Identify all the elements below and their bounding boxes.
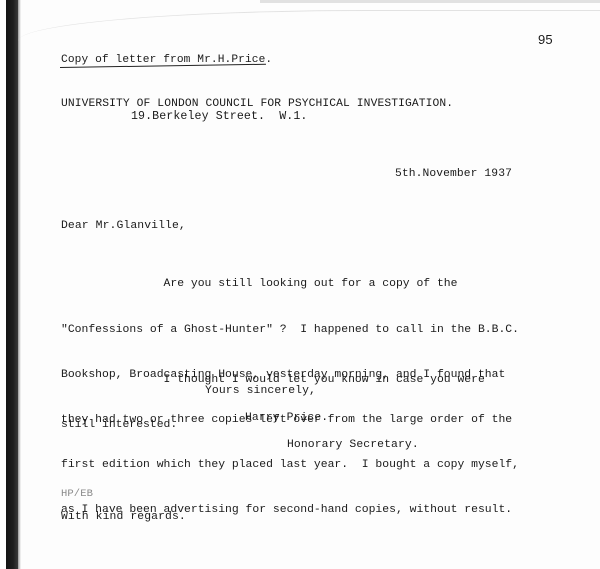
postscript: With kind regards. (61, 510, 186, 524)
letterhead-address: 19.Berkeley Street. W.1. (131, 110, 307, 124)
letter-date: 5th.November 1937 (395, 167, 512, 181)
paragraph-line: "Confessions of a Ghost-Hunter" ? I happ… (61, 323, 519, 338)
letterhead-organization: UNIVERSITY OF LONDON COUNCIL FOR PSYCHIC… (61, 97, 453, 111)
signature: Harry Price. (245, 411, 328, 425)
document-page: 95 Copy of letter from Mr.H.Price. UNIVE… (0, 0, 600, 569)
page-curl-line (18, 10, 600, 41)
binding-shadow (18, 0, 21, 569)
salutation: Dear Mr.Glanville, (61, 219, 186, 233)
signatory-title: Honorary Secretary. (287, 438, 419, 452)
closing: Yours sincerely, (205, 384, 316, 398)
body-paragraph-2: I thought I would let you know in case y… (61, 343, 485, 463)
reference-initials: HP/EB (61, 487, 93, 501)
scan-artifact (260, 0, 600, 3)
binding-edge (6, 0, 18, 569)
page-number: 95 (538, 33, 553, 47)
paragraph-line: Are you still looking out for a copy of … (61, 277, 519, 292)
